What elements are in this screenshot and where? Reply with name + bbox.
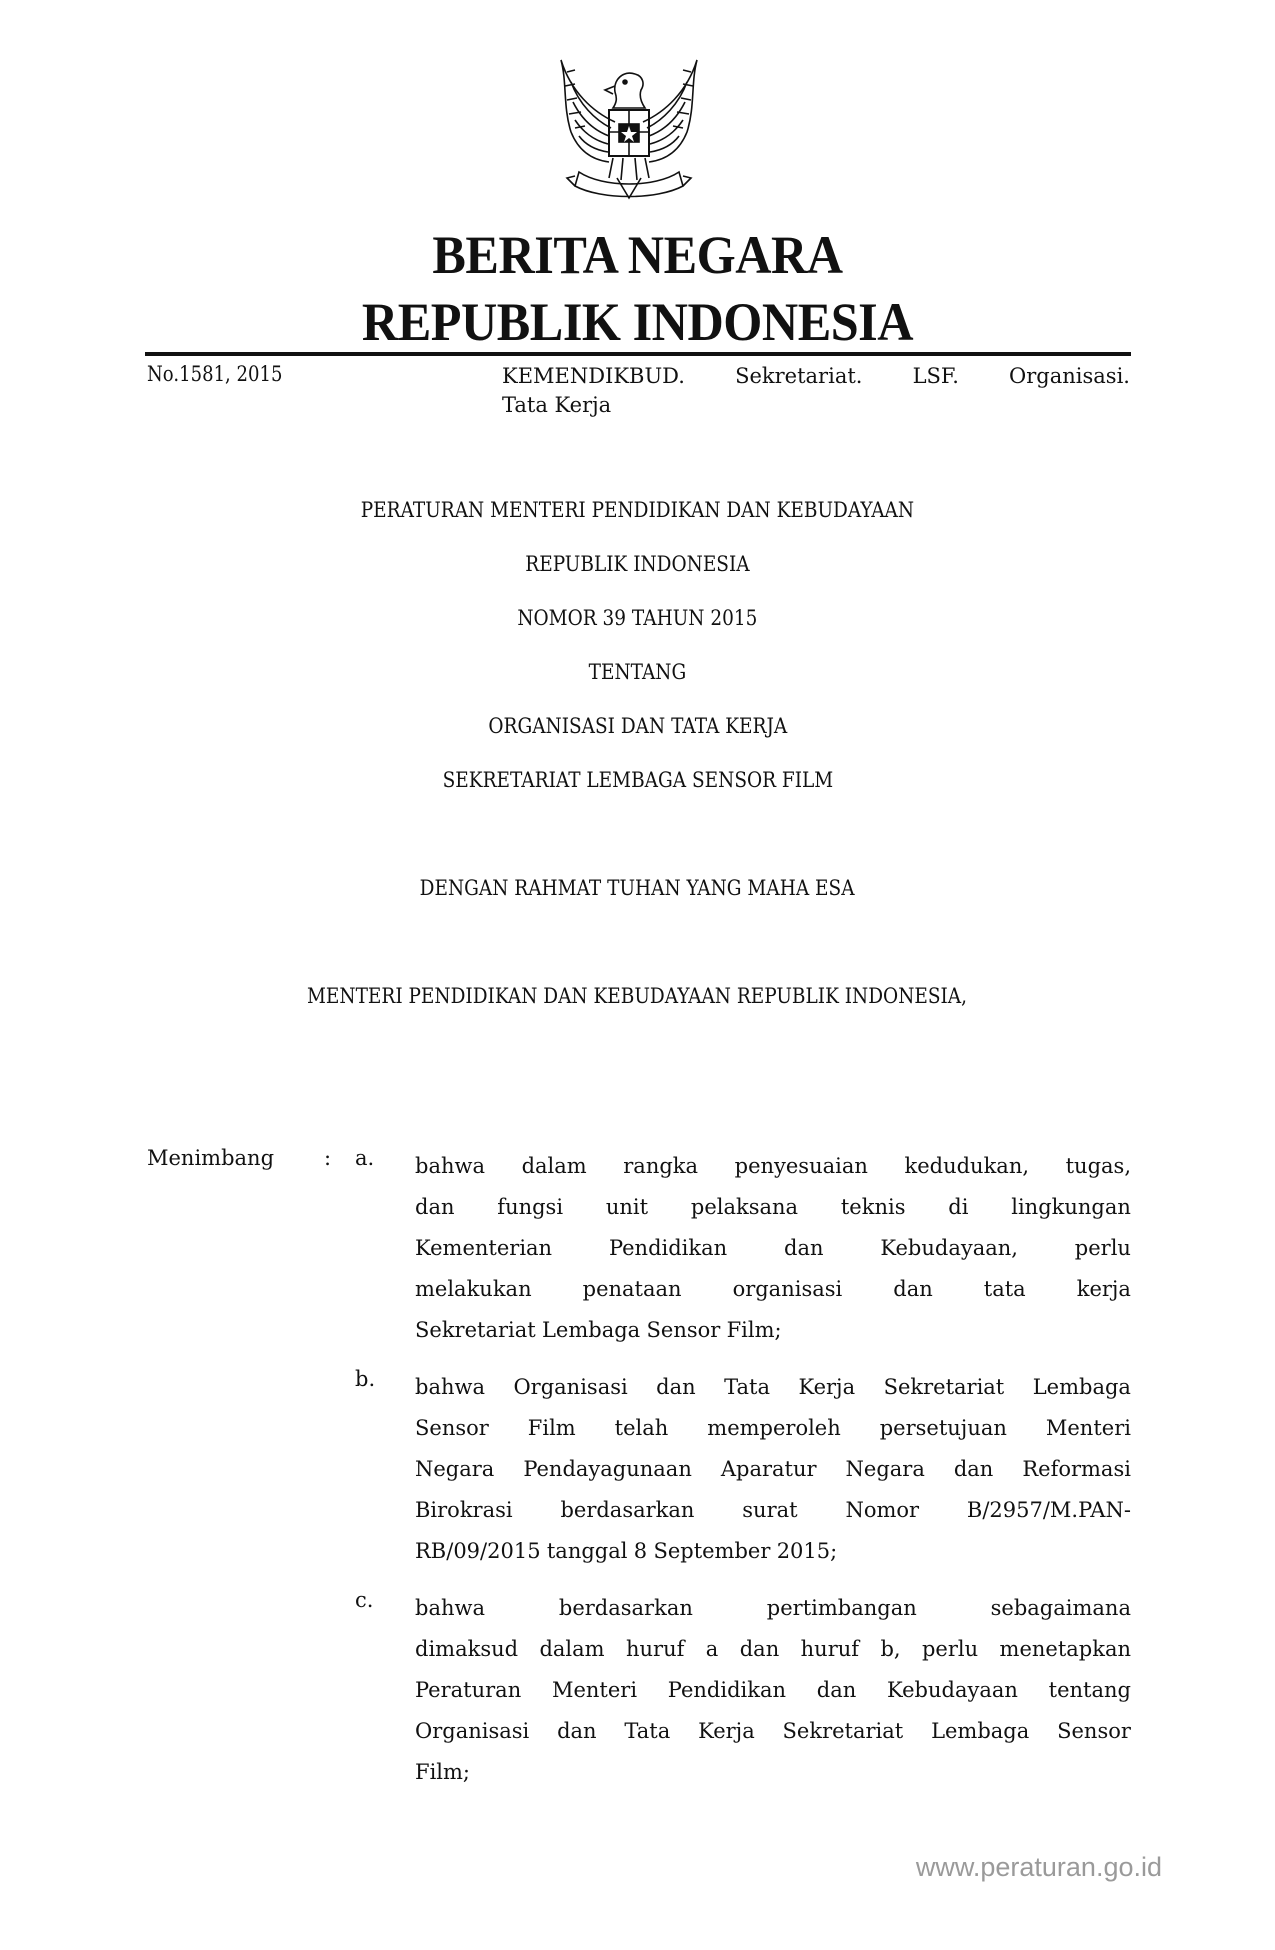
item-line: dimaksuddalamhurufadanhurufb,perlumeneta…	[415, 1629, 1131, 1670]
gazette-subject-line1: KEMENDIKBUD.Sekretariat.LSF.Organisasi.	[502, 362, 1130, 391]
regulation-about-text: TENTANG	[589, 660, 687, 684]
item-text: bahwaberdasarkanpertimbangansebagaimanad…	[415, 1588, 1131, 1793]
item-letter: a.	[355, 1146, 374, 1170]
masthead-title-line2: REPUBLIK INDONESIA	[45, 292, 1231, 352]
blessing-text: DENGAN RAHMAT TUHAN YANG MAHA ESA	[420, 876, 855, 900]
considering-label: Menimbang	[147, 1146, 274, 1170]
item-line: PeraturanMenteriPendidikandanKebudayaant…	[415, 1670, 1131, 1711]
issuer-text: MENTERI PENDIDIKAN DAN KEBUDAYAAN REPUBL…	[307, 984, 967, 1008]
subject-word: Organisasi.	[1009, 362, 1130, 391]
item-line: Film;	[415, 1752, 1131, 1793]
source-watermark: www.peraturan.go.id	[916, 1852, 1162, 1883]
item-line: danfungsiunitpelaksanateknisdilingkungan	[415, 1187, 1131, 1228]
regulation-subject-text: SEKRETARIAT LEMBAGA SENSOR FILM	[442, 768, 833, 792]
regulation-about: TENTANG	[0, 660, 1275, 684]
item-line: SensorFilmtelahmemperolehpersetujuanMent…	[415, 1408, 1131, 1449]
item-line: BirokrasiberdasarkansuratNomorB/2957/M.P…	[415, 1490, 1131, 1531]
regulation-title-line2: REPUBLIK INDONESIA	[0, 552, 1275, 576]
subject-word: KEMENDIKBUD.	[502, 362, 685, 391]
item-line: melakukanpenataanorganisasidantatakerja	[415, 1269, 1131, 1310]
regulation-title-text: PERATURAN MENTERI PENDIDIKAN DAN KEBUDAY…	[361, 498, 914, 522]
item-line: KementerianPendidikandanKebudayaan,perlu	[415, 1228, 1131, 1269]
masthead-divider	[145, 352, 1131, 356]
gazette-number: No.1581, 2015	[147, 362, 283, 386]
item-text: bahwaOrganisasidanTataKerjaSekretariatLe…	[415, 1367, 1131, 1572]
subject-word: LSF.	[913, 362, 959, 391]
considering-colon: :	[324, 1146, 331, 1170]
regulation-subject-text: ORGANISASI DAN TATA KERJA	[488, 714, 787, 738]
issuer-line: MENTERI PENDIDIKAN DAN KEBUDAYAAN REPUBL…	[0, 984, 1275, 1008]
subject-word: Sekretariat.	[735, 362, 862, 391]
regulation-title-text: REPUBLIK INDONESIA	[525, 552, 749, 576]
gazette-subject: KEMENDIKBUD.Sekretariat.LSF.Organisasi. …	[502, 362, 1130, 420]
item-line: OrganisasidanTataKerjaSekretariatLembaga…	[415, 1711, 1131, 1752]
item-line: SekretariatLembagaSensorFilm;	[415, 1310, 1131, 1351]
gazette-subject-line2: Tata Kerja	[502, 391, 1130, 420]
regulation-number-text: NOMOR 39 TAHUN 2015	[517, 606, 757, 630]
masthead-title-line1: BERITA NEGARA	[45, 225, 1231, 285]
regulation-number: NOMOR 39 TAHUN 2015	[0, 606, 1275, 630]
blessing-line: DENGAN RAHMAT TUHAN YANG MAHA ESA	[0, 876, 1275, 900]
regulation-subject-line1: ORGANISASI DAN TATA KERJA	[0, 714, 1275, 738]
item-line: bahwaberdasarkanpertimbangansebagaimana	[415, 1588, 1131, 1629]
regulation-title-line1: PERATURAN MENTERI PENDIDIKAN DAN KEBUDAY…	[0, 498, 1275, 522]
item-line: bahwadalamrangkapenyesuaiankedudukan,tug…	[415, 1146, 1131, 1187]
regulation-subject-line2: SEKRETARIAT LEMBAGA SENSOR FILM	[0, 768, 1275, 792]
item-line: bahwaOrganisasidanTataKerjaSekretariatLe…	[415, 1367, 1131, 1408]
garuda-emblem-icon	[553, 52, 705, 208]
item-letter: b.	[355, 1367, 375, 1391]
item-line: NegaraPendayagunaanAparaturNegaradanRefo…	[415, 1449, 1131, 1490]
item-text: bahwadalamrangkapenyesuaiankedudukan,tug…	[415, 1146, 1131, 1351]
item-line: RB/09/2015tanggal8September2015;	[415, 1531, 1131, 1572]
item-letter: c.	[355, 1588, 373, 1612]
